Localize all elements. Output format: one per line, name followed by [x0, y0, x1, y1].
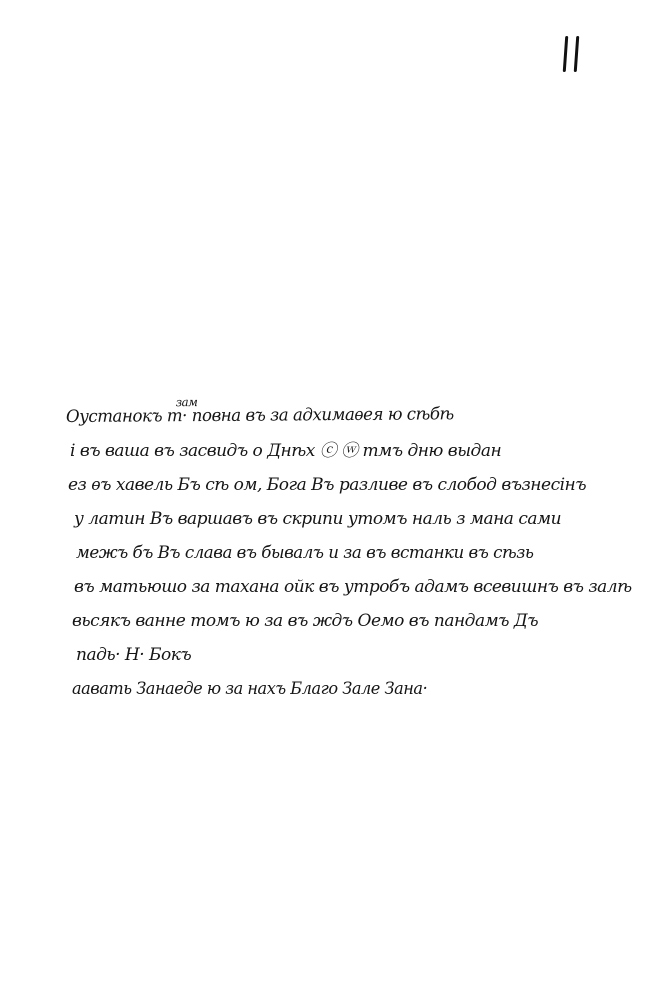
handwritten-manuscript-text: зам Оустанокъ т· повна въ за адхимаѳея ю… — [66, 400, 626, 706]
manuscript-line: въ матьюшо за тахана ойк въ утробъ адамъ… — [74, 570, 626, 604]
manuscript-line: і въ ваша въ засвидъ о Днѣх ⓒ ⓦ тмъ дню … — [70, 434, 626, 468]
manuscript-line: межъ бъ Въ слава въ бывалъ и за въ встан… — [76, 536, 615, 570]
manuscript-line: ез ѳъ хавель Бъ сѣ ом, Бога Въ разливе в… — [68, 468, 626, 502]
manuscript-line: аавать Занаеде ю за нахъ Благо Зале Зана… — [72, 672, 598, 706]
page-number: II — [556, 36, 586, 76]
manuscript-line-text: ез ѳъ хавель Бъ сѣ ом, Бога Въ разливе в… — [68, 475, 586, 495]
manuscript-line-text: і въ ваша въ засвидъ о Днѣх ⓒ ⓦ тмъ дню … — [70, 441, 501, 461]
manuscript-line-text: у латин Въ варшавъ въ скрипи утомъ наль … — [74, 509, 561, 529]
manuscript-line-text: въ матьюшо за тахана ойк въ утробъ адамъ… — [74, 577, 632, 597]
manuscript-line: у латин Въ варшавъ въ скрипи утомъ наль … — [74, 502, 626, 536]
manuscript-line: вьсякъ ванне томъ ю за въ ждъ Оемо въ па… — [72, 604, 626, 638]
manuscript-line-text: аавать Занаеде ю за нахъ Благо Зале Зана… — [72, 679, 427, 699]
manuscript-line-text: вьсякъ ванне томъ ю за въ ждъ Оемо въ па… — [72, 611, 538, 631]
manuscript-line-text: падь· Н· Бокъ — [76, 645, 191, 665]
manuscript-line-text: Оустанокъ т· повна въ за адхимаѳея ю сѣб… — [66, 404, 454, 427]
page-number-stroke — [563, 36, 569, 72]
manuscript-line: зам Оустанокъ т· повна въ за адхимаѳея ю… — [66, 396, 615, 434]
superscript-annotation: зам — [176, 385, 198, 419]
page-number-stroke — [574, 36, 580, 72]
manuscript-line-text: межъ бъ Въ слава въ бывалъ и за въ встан… — [76, 543, 533, 563]
page-number-label: II — [571, 36, 572, 37]
manuscript-line: падь· Н· Бокъ — [76, 638, 626, 672]
